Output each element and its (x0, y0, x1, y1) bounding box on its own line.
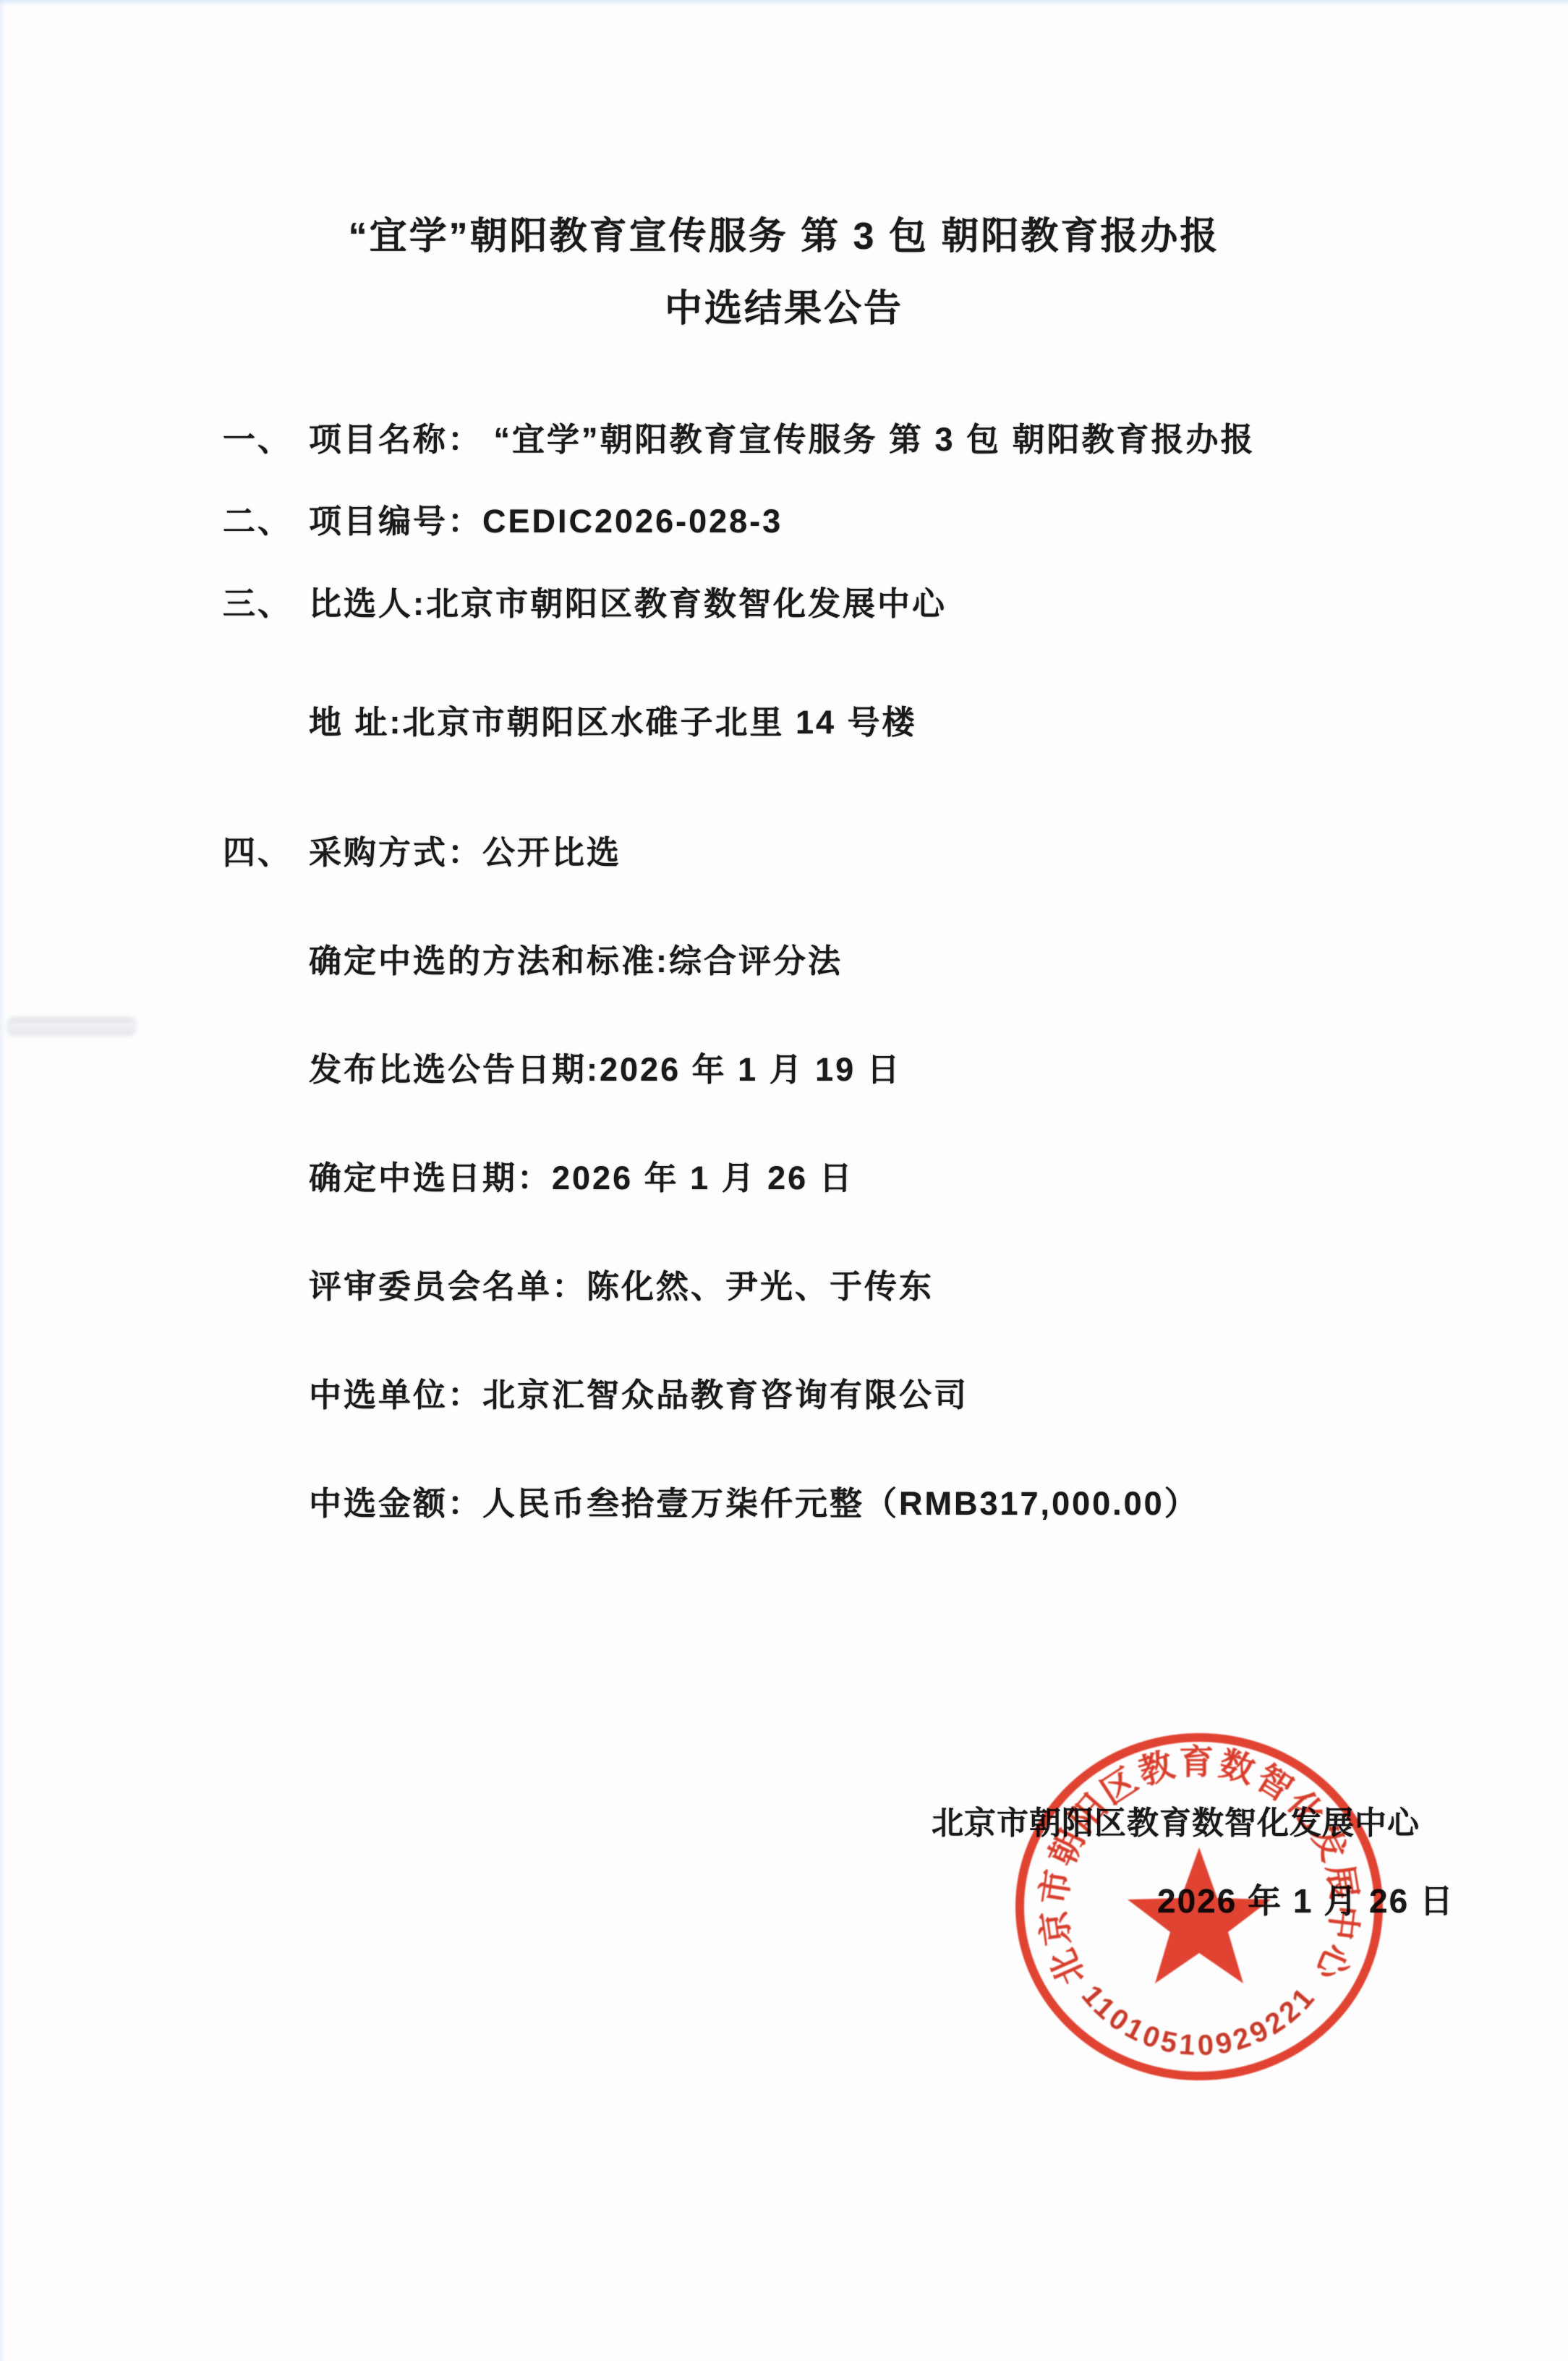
item-text: 地 址:北京市朝阳区水碓子北里 14 号楼 (309, 704, 917, 741)
line-selected-company: 中选单位：北京汇智众品教育咨询有限公司 (309, 1377, 968, 1414)
item-selector: 三、 比选人:北京市朝阳区教育数智化发展中心 (309, 585, 947, 623)
line-evaluation-method: 确定中选的方法和标准:综合评分法 (309, 943, 843, 980)
line-selected-amount: 中选金额：人民币叁拾壹万柒仟元整（RMB317,000.00） (309, 1485, 1199, 1523)
item-procurement-method: 四、 采购方式：公开比选 (309, 834, 621, 872)
item-text: 项目名称： “宜学”朝阳教育宣传服务 第 3 包 朝阳教育报办报 (309, 421, 1256, 458)
item-marker: 四、 (223, 834, 292, 872)
item-text: 评审委员会名单：陈化然、尹光、于传东 (309, 1268, 934, 1305)
scan-edge-tint-left (0, 0, 5, 2361)
item-text: 中选金额：人民币叁拾壹万柒仟元整（RMB317,000.00） (309, 1485, 1199, 1522)
scan-edge-tint-top (0, 0, 1568, 7)
scanned-document-page: “宜学”朝阳教育宣传服务 第 3 包 朝阳教育报办报 中选结果公告 一、 项目名… (0, 0, 1568, 2361)
item-project-number: 二、 项目编号：CEDIC2026-028-3 (309, 503, 783, 540)
scan-smudge-artifact (6, 1017, 137, 1036)
item-address: 地 址:北京市朝阳区水碓子北里 14 号楼 (309, 704, 917, 741)
item-marker: 三、 (223, 585, 292, 623)
item-text: 项目编号：CEDIC2026-028-3 (309, 503, 783, 540)
line-announcement-date: 发布比选公告日期:2026 年 1 月 19 日 (309, 1051, 902, 1089)
item-text: 采购方式：公开比选 (309, 834, 621, 871)
seal-serial-curve: 11010510929221 (1075, 1979, 1323, 2062)
signature-date: 2026 年 1 月 26 日 (1157, 1875, 1454, 1923)
item-text: 比选人:北京市朝阳区教育数智化发展中心 (309, 585, 947, 622)
item-text: 确定中选的方法和标准:综合评分法 (309, 943, 843, 979)
item-text: 中选单位：北京汇智众品教育咨询有限公司 (309, 1377, 968, 1413)
item-text: 确定中选日期：2026 年 1 月 26 日 (309, 1160, 854, 1196)
document-title-line1: “宜学”朝阳教育宣传服务 第 3 包 朝阳教育报办报 (0, 205, 1568, 260)
document-title-line2: 中选结果公告 (0, 278, 1568, 332)
signature-org-name: 北京市朝阳区教育数智化发展中心 (932, 1797, 1420, 1843)
item-text: 发布比选公告日期:2026 年 1 月 19 日 (309, 1051, 902, 1088)
line-review-committee: 评审委员会名单：陈化然、尹光、于传东 (309, 1268, 934, 1306)
line-selection-date: 确定中选日期：2026 年 1 月 26 日 (309, 1160, 854, 1197)
item-marker: 一、 (223, 421, 292, 459)
item-marker: 二、 (223, 503, 292, 540)
seal-serial-number: 11010510929221 (1075, 1979, 1323, 2062)
item-project-name: 一、 项目名称： “宜学”朝阳教育宣传服务 第 3 包 朝阳教育报办报 (309, 421, 1256, 459)
